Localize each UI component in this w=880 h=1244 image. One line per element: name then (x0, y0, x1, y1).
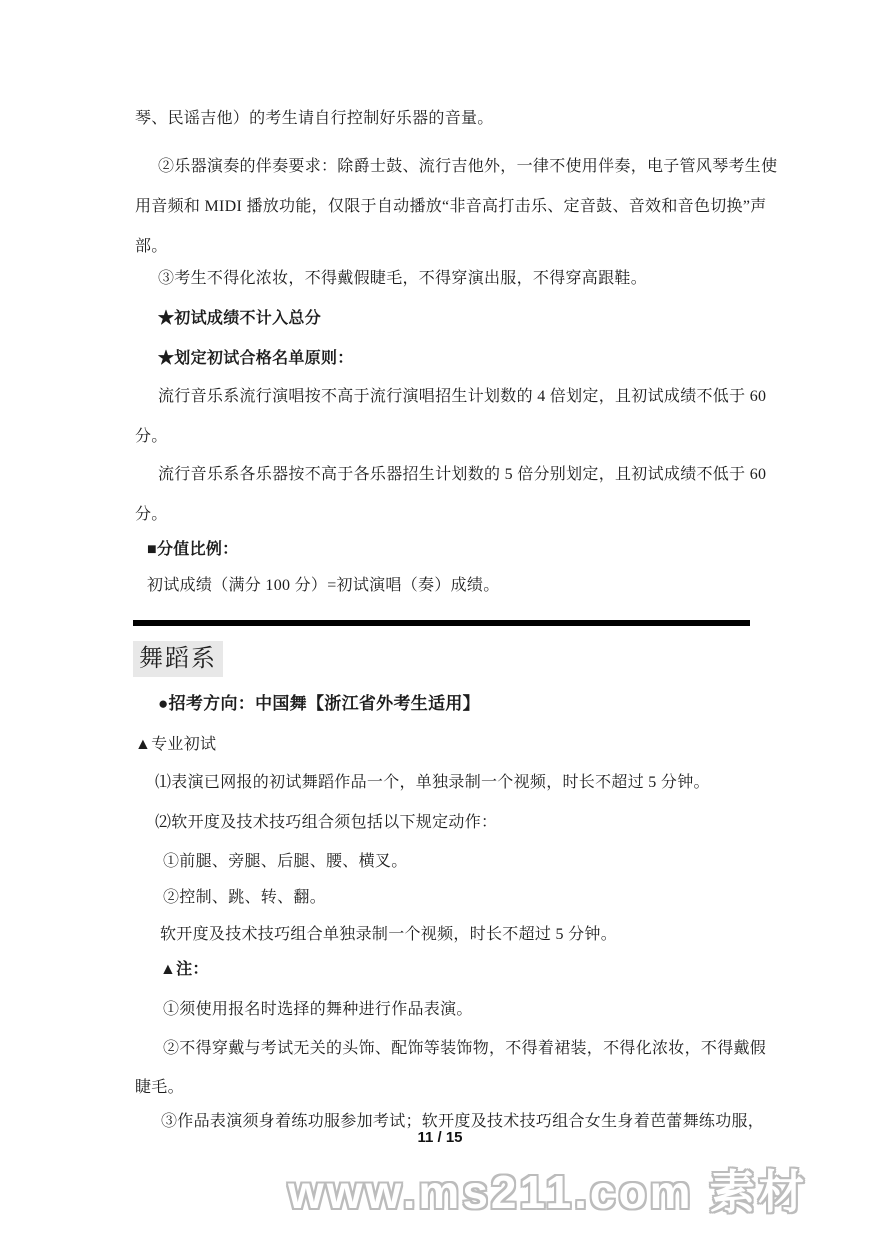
para-dance-req2-video: 软开度及技术技巧组合单独录制一个视频，时长不超过 5 分钟。 (160, 924, 617, 946)
para-quota-rule1-line1: 流行音乐系流行演唱按不高于流行演唱招生计划数的 4 倍划定，且初试成绩不低于 6… (158, 386, 766, 408)
section-divider (133, 620, 750, 626)
note-score-not-counted: ★初试成绩不计入总分 (158, 308, 321, 330)
para-appearance-rule: ③考生不得化浓妆，不得戴假睫毛，不得穿演出服，不得穿高跟鞋。 (158, 268, 647, 290)
para-instrument-volume: 琴、民谣吉他）的考生请自行控制好乐器的音量。 (135, 108, 494, 130)
para-score-formula: 初试成绩（满分 100 分）=初试演唱（奏）成绩。 (147, 575, 500, 597)
para-quota-rule1-line2: 分。 (135, 426, 168, 448)
page-number: 11 / 15 (0, 1129, 880, 1146)
heading-dance-notes: ▲注： (160, 959, 209, 981)
para-dance-note2-line2: 睫毛。 (135, 1077, 184, 1099)
para-accompaniment-line3: 部。 (135, 236, 168, 258)
heading-admission-direction: ●招考方向：中国舞【浙江省外考生适用】 (158, 693, 480, 715)
para-dance-note1: ①须使用报名时选择的舞种进行作品表演。 (163, 999, 473, 1021)
heading-score-ratio: ■分值比例： (147, 539, 238, 561)
para-accompaniment-line2: 用音频和 MIDI 播放功能，仅限于自动播放“非音高打击乐、定音鼓、音效和音色切… (135, 196, 767, 218)
heading-dance-department: 舞蹈系 (133, 641, 223, 677)
para-dance-req2-move2: ②控制、跳、转、翻。 (163, 887, 326, 909)
note-qualified-list-principle: ★划定初试合格名单原则： (158, 348, 354, 370)
para-accompaniment-line1: ②乐器演奏的伴奏要求：除爵士鼓、流行吉他外，一律不使用伴奏，电子管风琴考生使 (158, 156, 777, 178)
heading-preliminary-exam: ▲专业初试 (135, 734, 216, 756)
para-quota-rule2-line2: 分。 (135, 504, 168, 526)
para-dance-req2: ⑵软开度及技术技巧组合须包括以下规定动作： (155, 812, 497, 834)
watermark: www.ms211.com 素材 (288, 1156, 807, 1222)
document-page: 琴、民谣吉他）的考生请自行控制好乐器的音量。 ②乐器演奏的伴奏要求：除爵士鼓、流… (0, 0, 880, 1244)
para-dance-note2-line1: ②不得穿戴与考试无关的头饰、配饰等装饰物，不得着裙装，不得化浓妆，不得戴假 (163, 1038, 766, 1060)
para-dance-req2-move1: ①前腿、旁腿、后腿、腰、横叉。 (163, 851, 408, 873)
para-dance-req1: ⑴表演已网报的初试舞蹈作品一个，单独录制一个视频，时长不超过 5 分钟。 (155, 772, 710, 794)
para-quota-rule2-line1: 流行音乐系各乐器按不高于各乐器招生计划数的 5 倍分别划定，且初试成绩不低于 6… (158, 464, 766, 486)
